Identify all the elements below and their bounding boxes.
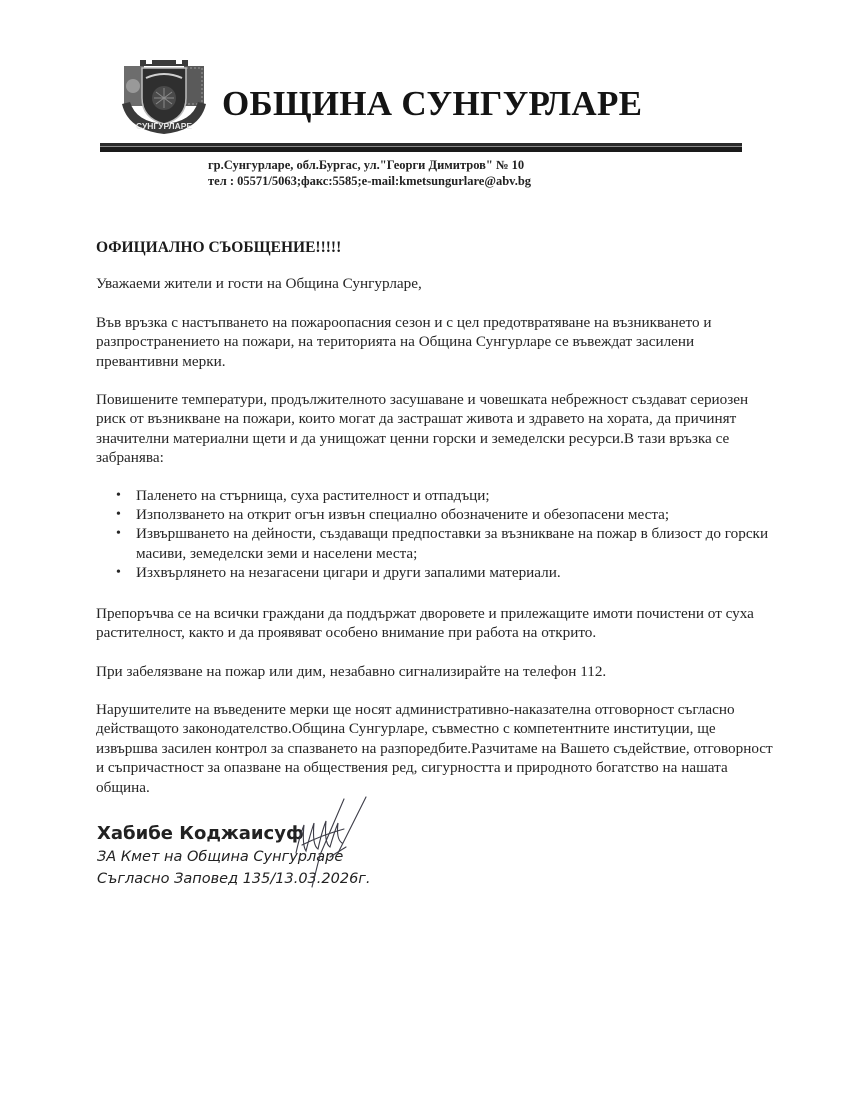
municipal-coat-of-arms-icon: СУНГУРЛАРЕ [118,56,210,136]
contact-line: тел : 05571/5063;факс:5585;e-mail:kmetsu… [208,173,531,189]
handwritten-signature-icon [282,795,382,890]
list-item: Използването на открит огън извън специа… [116,505,776,524]
greeting: Уважаеми жители и гости на Община Сунгур… [96,274,776,293]
paragraph-emergency: При забелязване на пожар или дим, незаба… [96,662,776,681]
notice-body: ОФИЦИАЛНО СЪОБЩЕНИЕ!!!!! Уважаеми жители… [96,238,776,816]
paragraph-recommendation: Препоръчва се на всички граждани да подд… [96,604,776,643]
paragraph-intro: Във връзка с настъпването на пожароопасн… [96,313,776,371]
logo-caption: СУНГУРЛАРЕ [136,121,192,131]
address-line: гр.Сунгурларе, обл.Бургас, ул."Георги Ди… [208,157,531,173]
notice-heading: ОФИЦИАЛНО СЪОБЩЕНИЕ!!!!! [96,238,776,257]
paragraph-risk: Повишените температури, продължителното … [96,390,776,468]
list-item: Паленето на стърнища, суха растителност … [116,486,776,505]
header-divider [100,143,742,152]
paragraph-enforcement: Нарушителите на въведените мерки ще нося… [96,700,776,797]
prohibitions-list: Паленето на стърнища, суха растителност … [96,486,776,583]
list-item: Извършването на дейности, създаващи пред… [116,524,776,563]
contact-block: гр.Сунгурларе, обл.Бургас, ул."Георги Ди… [208,157,531,189]
list-item: Изхвърлянето на незагасени цигари и друг… [116,563,776,582]
org-title: ОБЩИНА СУНГУРЛАРЕ [222,84,642,124]
